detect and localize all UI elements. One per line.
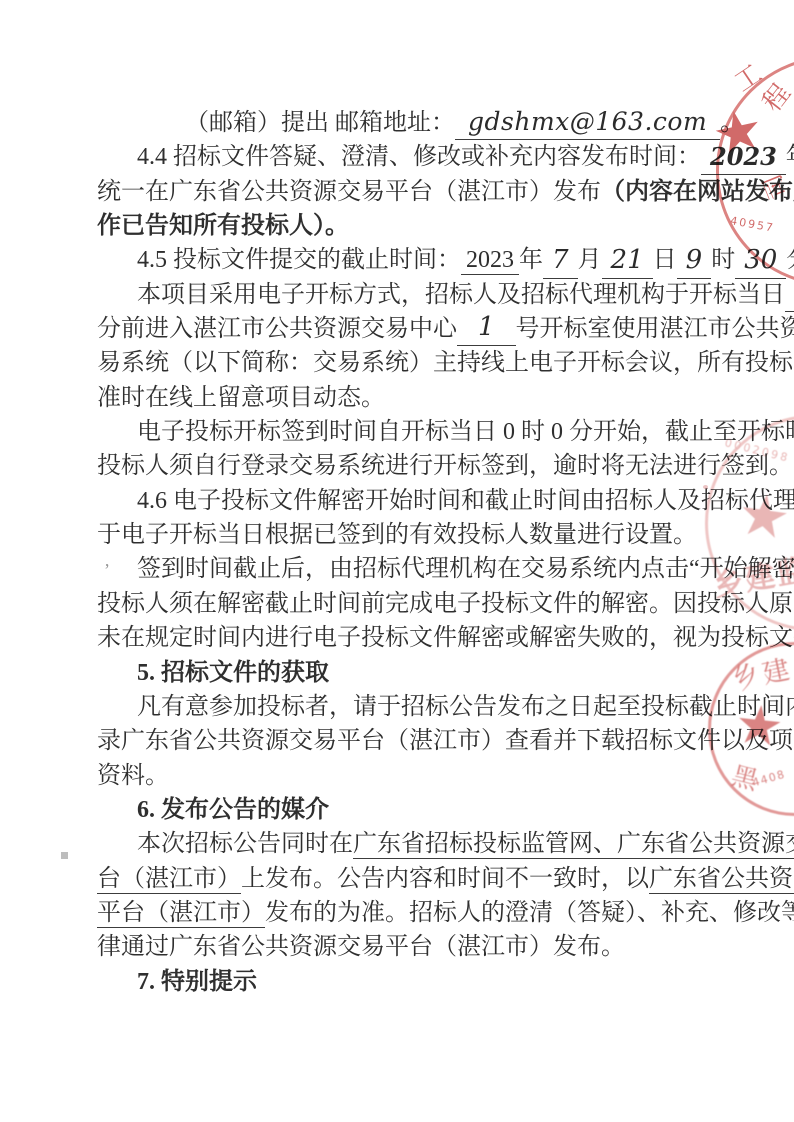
seal-serial-number: 4408 (751, 768, 787, 790)
text-line: 易系统（以下简称：交易系统）主持线上电子开标会议，所有投标人均应 (97, 346, 737, 380)
text-segment: 6. 发布公告的媒介 (137, 797, 329, 823)
text-line: 4.5 投标文件提交的截止时间：2023年7月21日9时30分。 (97, 243, 737, 277)
text-line: 台（湛江市）上发布。公告内容和时间不一致时，以广东省公共资源交易 (97, 862, 737, 896)
text-segment: 4.6 电子投标文件解密开始时间和截止时间由招标人及招标代理机构 (137, 488, 794, 514)
scan-speck (703, 485, 708, 489)
text-line: 准时在线上留意项目动态。 (97, 381, 737, 415)
text-segment: 签到时间截止后，由招标代理机构在交易系统内点击“开始解密”， (137, 556, 794, 582)
text-line: 平台（湛江市）发布的为准。招标人的澄清（答疑）、补充、修改等文件一 (97, 896, 737, 930)
text-line: 律通过广东省公共资源交易平台（湛江市）发布。 (97, 930, 737, 964)
text-segment: 21 (602, 245, 653, 279)
text-segment: 4.4 招标文件答疑、澄清、修改或补充内容发布时间： (137, 144, 701, 170)
text-line: 凡有意参加投标者，请于招标公告发布之日起至投标截止时间内，登 (97, 690, 737, 724)
text-line: 分前进入湛江市公共资源交易中心1号开标室使用湛江市公共资源交 (97, 312, 737, 346)
text-line: 录广东省公共资源交易平台（湛江市）查看并下载招标文件以及项目有关 (97, 724, 737, 758)
text-segment: 年 (786, 144, 794, 170)
text-segment: 9 (677, 245, 712, 279)
text-line: 投标人须自行登录交易系统进行开标签到，逾时将无法进行签到。 (97, 449, 737, 483)
text-line: 未在规定时间内进行电子投标文件解密或解密失败的，视为投标文件无效。 (97, 621, 737, 655)
text-segment: 4.5 投标文件提交的截止时间： (137, 247, 461, 273)
text-segment: 号开标室使用湛江市公共资源交 (516, 316, 794, 342)
text-segment: 7 (543, 245, 578, 279)
text-segment: （邮箱）提出 邮箱地址： (185, 110, 455, 136)
text-line: 投标人须在解密截止时间前完成电子投标文件的解密。因投标人原因造成 (97, 587, 737, 621)
text-segment: 本项目采用电子开标方式，招标人及招标代理机构于开标当日 (137, 282, 785, 308)
text-segment: 台（湛江市） (97, 866, 241, 894)
text-segment: 录广东省公共资源交易平台（湛江市）查看并下载招标文件以及项目有关 (97, 728, 794, 754)
text-segment: 发布的为准。招标人的澄清（答疑）、补充、修改等文件一 (265, 900, 794, 926)
document-body: （邮箱）提出 邮箱地址：gdshmx@163.com。4.4 招标文件答疑、澄清… (97, 106, 737, 999)
text-segment: 年 (519, 247, 543, 273)
text-segment: 统一在广东省公共资源交易平台（湛江市）发布 (97, 179, 601, 205)
text-segment: 30 (735, 245, 786, 279)
text-line: 本次招标公告同时在广东省招标投标监管网、广东省公共资源交易平 (97, 827, 737, 861)
text-line: 4.6 电子投标文件解密开始时间和截止时间由招标人及招标代理机构 (97, 484, 737, 518)
text-segment: （内容在网站发布后将视 (601, 179, 794, 205)
text-segment: 7. 特别提示 (137, 969, 257, 995)
text-segment: gdshmx@163.com (455, 106, 720, 140)
seal-arc-char: 程 (752, 75, 794, 118)
text-segment: 律通过广东省公共资源交易平台（湛江市）发布。 (97, 934, 625, 960)
text-line: 本项目采用电子开标方式，招标人及招标代理机构于开标当日9时30 (97, 278, 737, 312)
text-segment: 投标人须自行登录交易系统进行开标签到，逾时将无法进行签到。 (97, 453, 793, 479)
text-segment: 2023 (461, 247, 519, 275)
text-segment: 平台（湛江市） (97, 900, 265, 928)
text-segment: 易系统（以下简称：交易系统）主持线上电子开标会议，所有投标人均应 (97, 350, 794, 376)
text-segment: 资料。 (97, 763, 169, 789)
text-segment: 广东省招标投标监管网、广东省公共资源交易平 (353, 831, 794, 859)
text-line: （邮箱）提出 邮箱地址：gdshmx@163.com。 (97, 106, 737, 140)
text-segment: 电子投标开标签到时间自开标当日 0 时 0 分开始，截止至开标时间前， (137, 419, 794, 445)
text-segment: 广东省公共资源交易 (649, 866, 794, 894)
text-segment: 时 (711, 247, 735, 273)
text-line: 电子投标开标签到时间自开标当日 0 时 0 分开始，截止至开标时间前， (97, 415, 737, 449)
text-segment: 投标人须在解密截止时间前完成电子投标文件的解密。因投标人原因造成 (97, 591, 794, 617)
text-segment: 2023 (701, 141, 786, 175)
text-line: 5. 招标文件的获取 (97, 656, 737, 690)
text-segment: 于电子开标当日根据已签到的有效投标人数量进行设置。 (97, 522, 697, 548)
text-segment: 分。 (786, 247, 794, 273)
scanned-document-page: { "colors": { "background": "#ffffff", "… (0, 0, 794, 1122)
text-segment: 日 (653, 247, 677, 273)
text-line: 统一在广东省公共资源交易平台（湛江市）发布（内容在网站发布后将视 (97, 175, 737, 209)
text-segment: 未在规定时间内进行电子投标文件解密或解密失败的，视为投标文件无效。 (97, 625, 794, 651)
text-line: 7. 特别提示 (97, 965, 737, 999)
scan-speck (61, 852, 68, 859)
text-segment: 凡有意参加投标者，请于招标公告发布之日起至投标截止时间内，登 (137, 694, 794, 720)
text-segment: 分前进入湛江市公共资源交易中心 (97, 316, 457, 342)
text-line: 4.4 招标文件答疑、澄清、修改或补充内容发布时间：2023年7月5日， (97, 140, 737, 174)
scan-speck-mark: ’ (104, 560, 110, 581)
text-segment: 1 (457, 312, 516, 346)
text-segment: 上发布。公告内容和时间不一致时，以 (241, 866, 649, 892)
text-segment: 作已告知所有投标人）。 (97, 213, 349, 239)
text-line: 签到时间截止后，由招标代理机构在交易系统内点击“开始解密”， (97, 552, 737, 586)
seal-arc-char: 建 (758, 648, 793, 692)
text-line: 6. 发布公告的媒介 (97, 793, 737, 827)
text-segment: 5. 招标文件的获取 (137, 660, 329, 686)
text-segment: 9 (785, 278, 794, 312)
text-line: 资料。 (97, 759, 737, 793)
text-segment: 准时在线上留意项目动态。 (97, 385, 385, 411)
text-line: 于电子开标当日根据已签到的有效投标人数量进行设置。 (97, 518, 737, 552)
text-segment: 本次招标公告同时在 (137, 831, 353, 857)
text-segment: 月 (578, 247, 602, 273)
text-segment: 。 (720, 110, 744, 136)
seal-arc-char: 工 (726, 54, 768, 99)
text-line: 作已告知所有投标人）。 (97, 209, 737, 243)
